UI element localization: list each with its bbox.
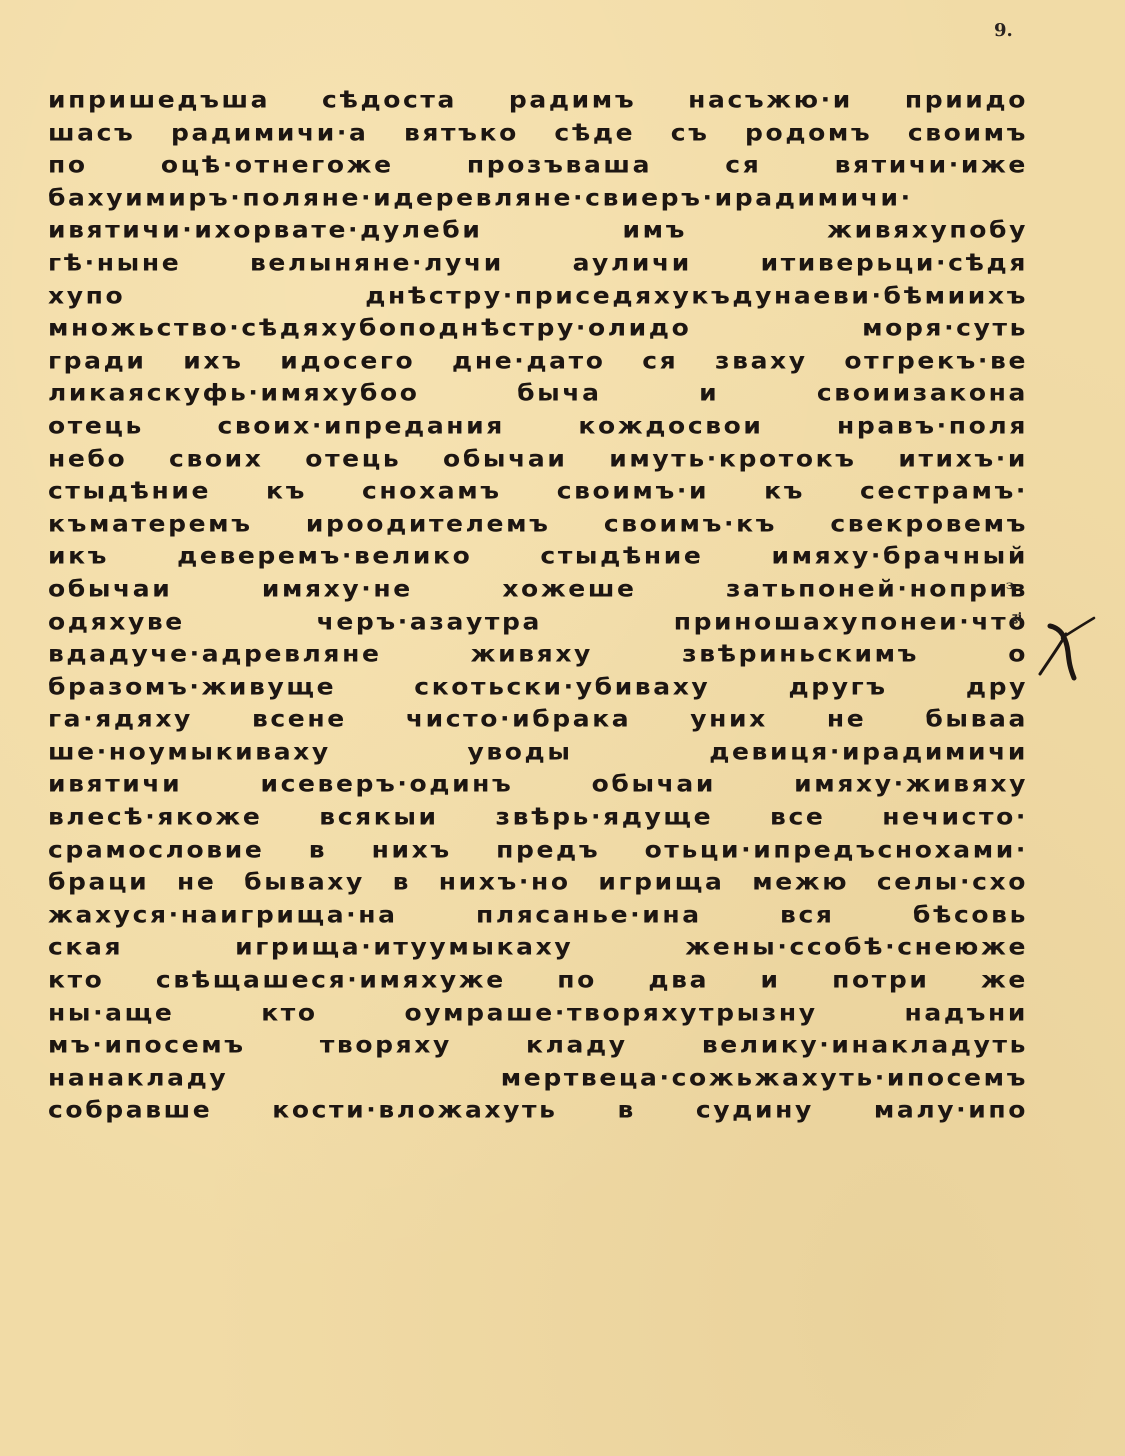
- manuscript-line: ны·аще кто оумраше·творяхутрызну надъни: [48, 998, 1028, 1028]
- manuscript-line: кто свѣщашеся·имяхуже по два и потри же: [48, 965, 1028, 995]
- page-number: 9.: [994, 20, 1013, 41]
- manuscript-line: бразомъ·живуще скотьски·убиваху другъ др…: [48, 672, 1028, 702]
- manuscript-line: множьство·сѣдяхубоподнѣстру·олидо моря·с…: [48, 313, 1028, 343]
- manuscript-line: мъ·ипосемъ творяху кладу велику·инакладу…: [48, 1031, 1028, 1061]
- manuscript-line: обычаи имяху·не хожеше затьпоней·ноприв: [48, 574, 1028, 604]
- manuscript-line: нанакладу мертвеца·сожьжахуть·ипосемъ: [48, 1063, 1028, 1093]
- manuscript-line: ивятичи·ихорвате·дулеби имъ живяхупобу: [48, 216, 1028, 246]
- manuscript-line: бахуимиръ·поляне·идеревляне·свиеръ·иради…: [48, 183, 1028, 213]
- manuscript-line: влесѣ·якоже всякыи звѣрь·ядуще все нечис…: [48, 802, 1028, 832]
- manuscript-line: вдадуче·адревляне живяху звѣриньскимъ о: [48, 639, 1028, 669]
- superscript-note: з: [1006, 578, 1014, 592]
- manuscript-line: шасъ радимичи·а вятъко сѣде съ родомъ св…: [48, 118, 1028, 148]
- manuscript-line: отець своих·ипредания кождосвои нравъ·по…: [48, 411, 1028, 441]
- manuscript-line: стыдѣние къ снохамъ своимъ·и къ сестрамъ…: [48, 476, 1028, 506]
- manuscript-line: жахуся·наигрища·на плясанье·ина вся бѣсо…: [48, 900, 1028, 930]
- superscript-note: ꙁі: [1012, 608, 1022, 625]
- manuscript-line: ская игрища·итуумыкаху жены·ссобѣ·снеюже: [48, 933, 1028, 963]
- manuscript-line: га·ядяху всене чисто·ибрака уних не быва…: [48, 705, 1028, 735]
- manuscript-line: одяхуве черъ·азаутра приношахупонеи·что: [48, 607, 1028, 637]
- manuscript-line: хупо днѣстру·приседяхукъдунаеви·бѣмиихъ: [48, 281, 1028, 311]
- manuscript-line: гради ихъ идосего дне·дато ся зваху отгр…: [48, 346, 1028, 376]
- manuscript-line: икъ деверемъ·велико стыдѣние имяху·брачн…: [48, 542, 1028, 572]
- manuscript-text-block: ипришедъша сѣдоста радимъ насъжю·и приид…: [48, 84, 1028, 1127]
- manuscript-line: къматеремъ ироодителемъ своимъ·къ свекро…: [48, 509, 1028, 539]
- manuscript-line: ипришедъша сѣдоста радимъ насъжю·и приид…: [48, 85, 1028, 115]
- cross-mark-icon: [1036, 612, 1096, 684]
- manuscript-line: ше·ноумыкиваху уводы девиця·ирадимичи: [48, 737, 1028, 767]
- manuscript-line: небо своих отець обычаи имуть·кротокъ ит…: [48, 444, 1028, 474]
- manuscript-line: ивятичи исеверъ·одинъ обычаи имяху·живях…: [48, 770, 1028, 800]
- manuscript-line: ликаяскуфь·имяхубоо быча и своиизакона: [48, 379, 1028, 409]
- manuscript-line: браци не бываху в нихъ·но игрища межю се…: [48, 868, 1028, 898]
- manuscript-line: срамословие в нихъ предъ отьци·ипредъсно…: [48, 835, 1028, 865]
- manuscript-line: гѣ·ныне велыняне·лучи ауличи итиверьци·с…: [48, 248, 1028, 278]
- manuscript-line: собравше кости·вложахуть в судину малу·и…: [48, 1096, 1028, 1126]
- manuscript-line: по оцѣ·отнегоже прозъваша ся вятичи·иже: [48, 150, 1028, 180]
